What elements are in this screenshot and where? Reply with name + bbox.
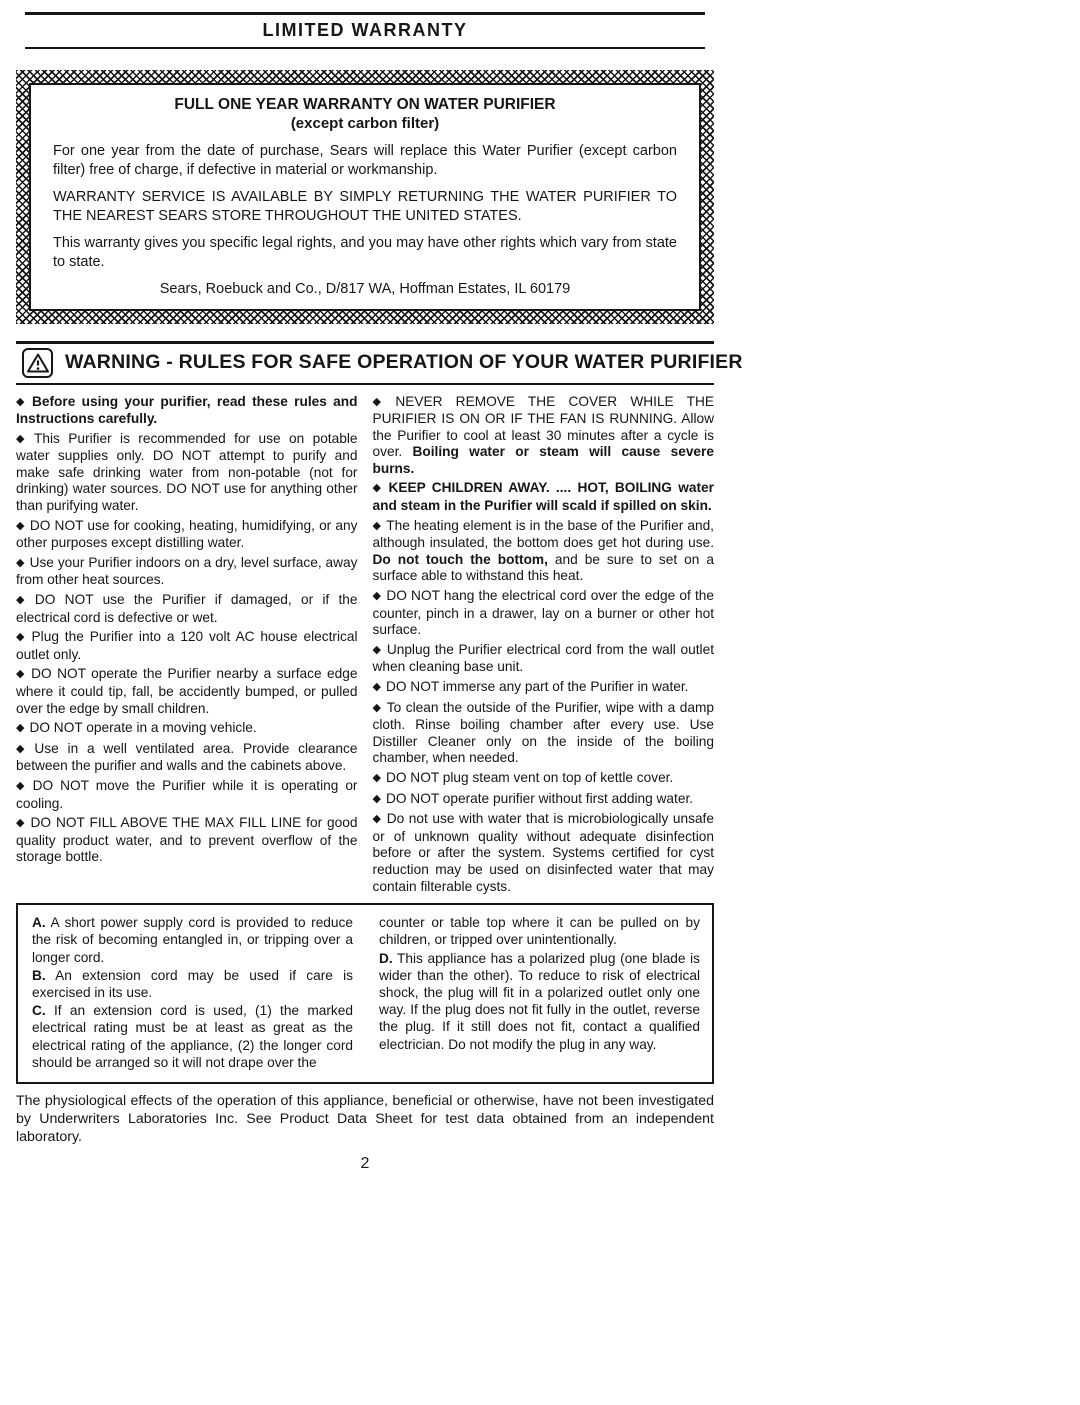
rule-text-segment: A. [32,915,46,930]
page-number: 2 [16,1155,714,1173]
safety-rule: ◆DO NOT use the Purifier if damaged, or … [16,592,358,626]
safety-rule: ◆DO NOT FILL ABOVE THE MAX FILL LINE for… [16,815,358,866]
rule-text-segment: A short power supply cord is provided to… [32,915,353,964]
diamond-bullet-icon: ◆ [373,396,391,408]
cord-instruction: counter or table top where it can be pul… [379,914,700,948]
horizontal-rule [16,383,714,385]
safety-rule: ◆DO NOT hang the electrical cord over th… [373,588,715,639]
warning-heading: WARNING - RULES FOR SAFE OPERATION OF YO… [65,351,743,374]
safety-rule: ◆KEEP CHILDREN AWAY. .... HOT, BOILING w… [373,480,715,514]
safety-rule: ◆DO NOT use for cooking, heating, humidi… [16,518,358,552]
rule-text-segment: DO NOT plug steam vent on top of kettle … [386,770,673,785]
rule-text-segment: Plug the Purifier into a 120 volt AC hou… [16,629,358,662]
rule-text-segment: To clean the outside of the Purifier, wi… [373,700,715,766]
rule-text-segment: Use in a well ventilated area. Provide c… [16,741,358,774]
warranty-signature: Sears, Roebuck and Co., D/817 WA, Hoffma… [53,280,677,299]
diamond-bullet-icon: ◆ [373,644,382,656]
rule-text-segment: DO NOT use for cooking, heating, humidif… [16,518,358,551]
rule-text-segment: counter or table top where it can be pul… [379,915,700,947]
safety-rule: ◆NEVER REMOVE THE COVER WHILE THE PURIFI… [373,394,715,478]
rule-text-segment: DO NOT operate the Purifier nearby a sur… [16,666,358,715]
diamond-bullet-icon: ◆ [373,702,382,714]
warning-header: WARNING - RULES FOR SAFE OPERATION OF YO… [16,344,714,383]
cord-instructions-box: A. A short power supply cord is provided… [16,903,714,1084]
rule-text-segment: Use your Purifier indoors on a dry, leve… [16,555,358,588]
rule-text-segment: Do not use with water that is microbiolo… [373,811,715,893]
safety-rule: ◆Use in a well ventilated area. Provide … [16,741,358,775]
rule-text-segment: B. [32,968,46,983]
rule-text-segment: The heating element is in the base of th… [373,518,715,551]
diamond-bullet-icon: ◆ [373,590,382,602]
page-content: LIMITED WARRANTY FULL ONE YEAR WARRANTY … [16,12,714,1173]
safety-rule: ◆DO NOT plug steam vent on top of kettle… [373,770,715,788]
rule-text-segment: Before using your purifier, read these r… [16,394,358,427]
warranty-box: FULL ONE YEAR WARRANTY ON WATER PURIFIER… [29,83,701,311]
safety-rule: ◆Before using your purifier, read these … [16,394,358,428]
horizontal-rule [25,47,705,49]
cord-instruction: A. A short power supply cord is provided… [32,914,353,966]
diamond-bullet-icon: ◆ [373,813,382,825]
rule-text-segment: DO NOT move the Purifier while it is ope… [16,778,358,811]
safety-rules-left-column: ◆Before using your purifier, read these … [16,394,358,899]
safety-rule: ◆Plug the Purifier into a 120 volt AC ho… [16,629,358,663]
safety-rule: ◆DO NOT operate the Purifier nearby a su… [16,666,358,717]
diamond-bullet-icon: ◆ [373,482,384,494]
safety-rule: ◆Use your Purifier indoors on a dry, lev… [16,555,358,589]
warranty-subtitle: (except carbon filter) [53,114,677,133]
rule-text-segment: This appliance has a polarized plug (one… [379,951,700,1052]
safety-rules: ◆Before using your purifier, read these … [16,394,714,899]
rule-text-segment: KEEP CHILDREN AWAY. .... HOT, BOILING wa… [373,480,715,513]
diamond-bullet-icon: ◆ [16,396,27,408]
warranty-paragraph: WARRANTY SERVICE IS AVAILABLE BY SIMPLY … [53,188,677,225]
safety-rules-right-column: ◆NEVER REMOVE THE COVER WHILE THE PURIFI… [373,394,715,899]
diamond-bullet-icon: ◆ [16,433,29,445]
rule-text-segment: This Purifier is recommended for use on … [16,431,358,513]
diamond-bullet-icon: ◆ [373,681,381,693]
diamond-bullet-icon: ◆ [373,793,381,805]
title-block: LIMITED WARRANTY [25,12,705,49]
diamond-bullet-icon: ◆ [16,631,27,643]
safety-rule: ◆The heating element is in the base of t… [373,518,715,585]
manual-page: LIMITED WARRANTY FULL ONE YEAR WARRANTY … [0,0,1080,1405]
safety-rule: ◆Unplug the Purifier electrical cord fro… [373,642,715,676]
safety-rule: ◆This Purifier is recommended for use on… [16,431,358,515]
cord-instructions-left-column: A. A short power supply cord is provided… [32,914,353,1072]
rule-text-segment: DO NOT operate purifier without first ad… [386,791,693,806]
safety-rule: ◆DO NOT operate in a moving vehicle. [16,720,358,738]
rule-text-segment: DO NOT FILL ABOVE THE MAX FILL LINE for … [16,815,358,864]
page-title: LIMITED WARRANTY [25,15,705,47]
cord-instruction: D. This appliance has a polarized plug (… [379,950,700,1053]
rule-text-segment: DO NOT hang the electrical cord over the… [373,588,715,637]
rule-text-segment: DO NOT use the Purifier if damaged, or i… [16,592,358,625]
warranty-paragraph: For one year from the date of purchase, … [53,142,677,179]
warranty-paragraph: This warranty gives you specific legal r… [53,234,677,271]
diamond-bullet-icon: ◆ [16,743,29,755]
diamond-bullet-icon: ◆ [16,817,26,829]
cord-instruction: B. An extension cord may be used if care… [32,967,353,1001]
diamond-bullet-icon: ◆ [16,722,24,734]
diamond-bullet-icon: ◆ [16,557,25,569]
rule-text-segment: DO NOT operate in a moving vehicle. [29,720,256,735]
warranty-title: FULL ONE YEAR WARRANTY ON WATER PURIFIER [53,95,677,114]
warranty-box-decorative-border: FULL ONE YEAR WARRANTY ON WATER PURIFIER… [16,70,714,324]
warning-section: WARNING - RULES FOR SAFE OPERATION OF YO… [16,341,714,385]
rule-text-segment: DO NOT immerse any part of the Purifier … [386,679,689,694]
rule-text-segment: C. [32,1003,46,1018]
safety-rule: ◆To clean the outside of the Purifier, w… [373,700,715,767]
diamond-bullet-icon: ◆ [373,520,382,532]
safety-rule: ◆DO NOT move the Purifier while it is op… [16,778,358,812]
rule-text-segment: An extension cord may be used if care is… [32,968,353,1000]
rule-text-segment: D. [379,951,393,966]
diamond-bullet-icon: ◆ [16,668,26,680]
safety-rule: ◆DO NOT operate purifier without first a… [373,791,715,809]
warning-triangle-icon [22,348,53,378]
rule-text-segment: Do not touch the bottom, [373,552,548,567]
cord-instruction: C. If an extension cord is used, (1) the… [32,1002,353,1071]
safety-rule: ◆Do not use with water that is microbiol… [373,811,715,895]
rule-text-segment: If an extension cord is used, (1) the ma… [32,1003,353,1070]
diamond-bullet-icon: ◆ [16,594,30,606]
ul-disclaimer-note: The physiological effects of the operati… [16,1092,714,1146]
diamond-bullet-icon: ◆ [373,772,381,784]
rule-text-segment: Unplug the Purifier electrical cord from… [373,642,715,675]
diamond-bullet-icon: ◆ [16,520,25,532]
cord-instructions-right-column: counter or table top where it can be pul… [379,914,700,1072]
diamond-bullet-icon: ◆ [16,780,28,792]
safety-rule: ◆DO NOT immerse any part of the Purifier… [373,679,715,697]
rule-text-segment: Boiling water or steam will cause severe… [373,444,714,476]
